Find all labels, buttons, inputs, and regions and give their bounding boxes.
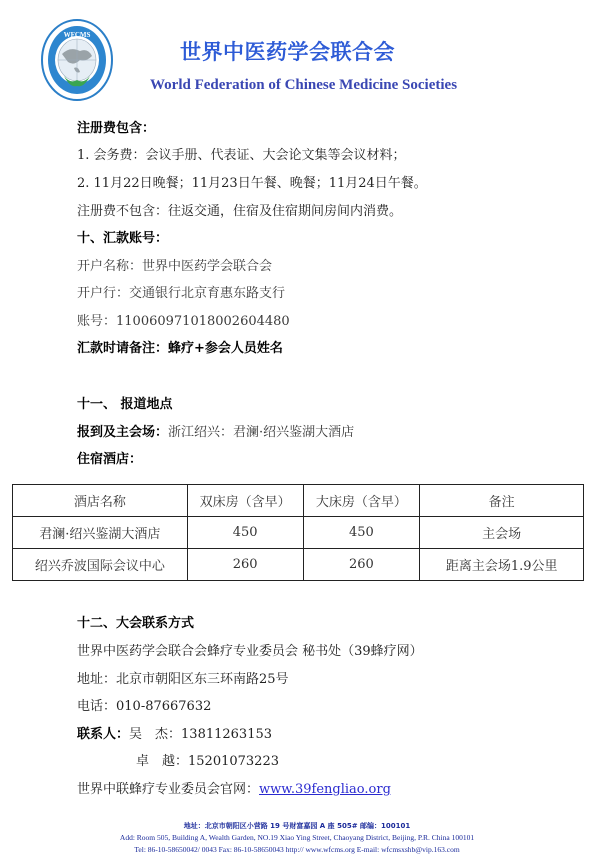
wfcms-globe-logo-icon: WFCMS: [40, 18, 114, 102]
fees-item-1: 1. 会务费：会议手册、代表证、大会论文集等会议材料；: [77, 148, 406, 164]
fees-excluded: 注册费不包含：往返交通，住宿及住宿期间房间内消费。: [77, 204, 402, 220]
footer-address-cn: 地址：北京市朝阳区小营路 19 号财富嘉园 A 座 505# 邮编：100101: [0, 821, 594, 831]
hotel-remark: 距离主会场1.9公里: [420, 549, 584, 581]
contact-person-2: 卓 越：15201073223: [136, 754, 279, 770]
website-link[interactable]: www.39fengliao.org: [259, 782, 391, 797]
contact-persons-label: 联系人：: [77, 727, 129, 742]
bank-branch: 开户行：交通银行北京育惠东路支行: [77, 286, 285, 302]
org-title-english: World Federation of Chinese Medicine Soc…: [150, 77, 457, 94]
contact-org: 世界中医药学会联合会蜂疗专业委员会 秘书处（39蜂疗网）: [77, 644, 423, 660]
twin-room-price: 450: [187, 517, 303, 549]
hotel-table: 酒店名称 双床房（含早） 大床房（含早） 备注 君澜·绍兴鉴湖大酒店 450 4…: [12, 484, 584, 581]
contact-person-1: 联系人：吴 杰：13811263153: [77, 727, 272, 743]
king-room-price: 450: [303, 517, 420, 549]
contact-person-phone: 15201073223: [188, 754, 279, 769]
venue-heading: 十一、 报道地点: [77, 397, 173, 413]
footer-contact-line: Tel: 86-10-58650042/ 0043 Fax: 86-10-586…: [0, 845, 594, 854]
twin-room-price: 260: [187, 549, 303, 581]
footer-address-en: Add: Room 505, Building A, Wealth Garden…: [0, 833, 594, 842]
bank-account-number: 账号：110060971018002604480: [77, 314, 290, 330]
contact-person-name: 吴 杰：: [129, 727, 181, 742]
col-header-king-room: 大床房（含早）: [303, 485, 420, 517]
col-header-remarks: 备注: [420, 485, 584, 517]
svg-text:WFCMS: WFCMS: [64, 31, 91, 39]
wfcms-logo: WFCMS: [40, 18, 114, 102]
table-row: 绍兴乔波国际会议中心 260 260 距离主会场1.9公里: [13, 549, 584, 581]
bank-account-name: 开户名称：世界中医药学会联合会: [77, 259, 272, 275]
contact-person-phone: 13811263153: [181, 727, 272, 742]
contact-heading: 十二、大会联系方式: [77, 616, 194, 632]
col-header-twin-room: 双床房（含早）: [187, 485, 303, 517]
hotel-name: 绍兴乔波国际会议中心: [13, 549, 188, 581]
hotel-name: 君澜·绍兴鉴湖大酒店: [13, 517, 188, 549]
contact-phone: 电话：010-87667632: [77, 699, 211, 715]
king-room-price: 260: [303, 549, 420, 581]
table-row: 君澜·绍兴鉴湖大酒店 450 450 主会场: [13, 517, 584, 549]
venue-main: 报到及主会场：浙江绍兴：君澜·绍兴鉴湖大酒店: [77, 425, 354, 441]
table-header-row: 酒店名称 双床房（含早） 大床房（含早） 备注: [13, 485, 584, 517]
contact-address: 地址：北京市朝阳区东三环南路25号: [77, 672, 289, 688]
hotel-remark: 主会场: [420, 517, 584, 549]
fees-item-2: 2. 11月22日晚餐；11月23日午餐、晚餐；11月24日午餐。: [77, 176, 427, 192]
contact-website-line: 世界中联蜂疗专业委员会官网：www.39fengliao.org: [77, 782, 391, 798]
col-header-hotel-name: 酒店名称: [13, 485, 188, 517]
fees-included-heading: 注册费包含：: [77, 121, 155, 137]
venue-main-label: 报到及主会场：: [77, 425, 168, 440]
bank-heading: 十、汇款账号：: [77, 231, 168, 247]
venue-main-value: 浙江绍兴：君澜·绍兴鉴湖大酒店: [168, 425, 354, 440]
org-title-chinese: 世界中医药学会联合会: [180, 36, 395, 66]
bank-remark: 汇款时请备注：蜂疗+参会人员姓名: [77, 341, 283, 357]
contact-person-name: 卓 越：: [136, 754, 188, 769]
hotels-label: 住宿酒店：: [77, 452, 142, 468]
website-label: 世界中联蜂疗专业委员会官网：: [77, 782, 259, 797]
